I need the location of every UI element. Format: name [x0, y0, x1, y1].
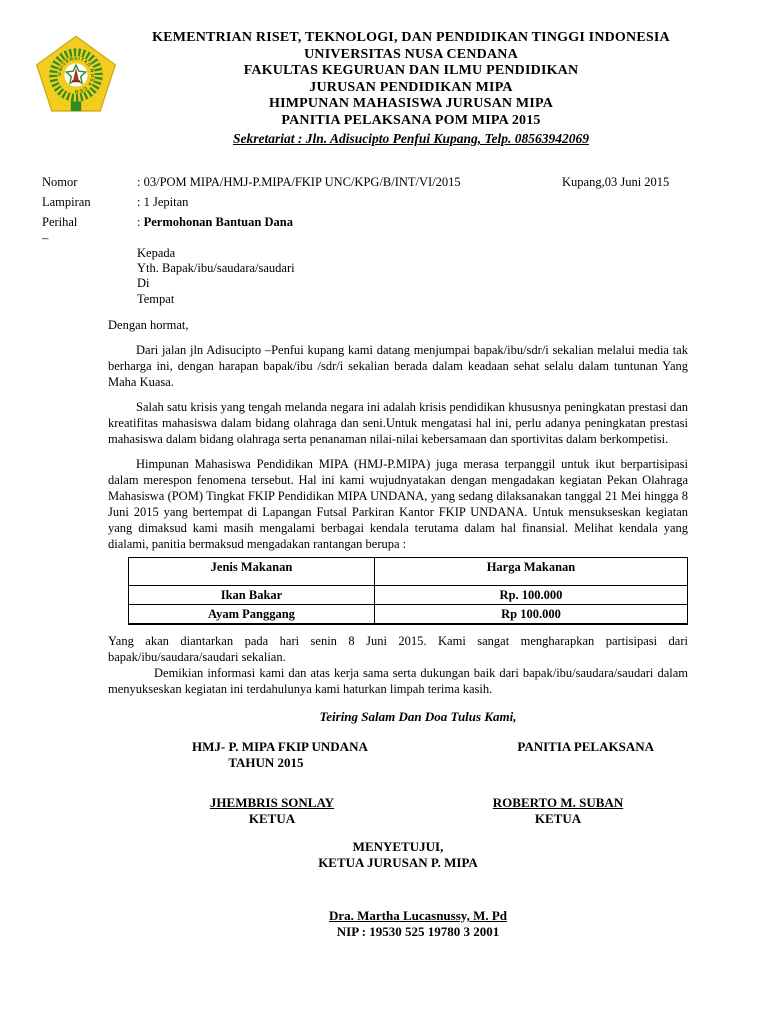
letterhead-line-faculty: FAKULTAS KEGURUAN DAN ILMU PENDIDIKAN — [100, 63, 722, 80]
col-header-harga: Harga Makanan — [374, 557, 687, 585]
meta-row-perihal: Perihal : Permohonan Bantuan Dana — [42, 212, 688, 232]
letter-body: Dengan hormat, Dari jalan jln Adisucipto… — [108, 317, 688, 697]
meta-row-nomor: Nomor : 03/POM MIPA/HMJ-P.MIPA/FKIP UNC/… — [42, 172, 688, 192]
recipient-tempat: Tempat — [137, 292, 688, 307]
left-organization: HMJ- P. MIPA FKIP UNDANA TAHUN 2015 — [192, 739, 368, 771]
lampiran-label: Lampiran — [42, 192, 137, 212]
table-row: Ikan Bakar Rp. 100.000 — [129, 585, 688, 604]
lampiran-value: : 1 Jepitan — [137, 192, 688, 212]
letterhead-line-ministry: KEMENTRIAN RISET, TEKNOLOGI, DAN PENDIDI… — [100, 30, 722, 47]
university-emblem-icon: UNIVERSITAS NUSA CENDANA — [33, 34, 119, 128]
recipient-block: Kepada Yth. Bapak/ibu/saudara/saudari Di… — [137, 246, 688, 307]
cell-jenis-2: Ayam Panggang — [129, 604, 375, 624]
letterhead-line-association: HIMPUNAN MAHASISWA JURUSAN MIPA — [100, 96, 722, 113]
letter-page: { "letterhead": { "lines": [ "KEMENTRIAN… — [0, 0, 768, 1024]
recipient-kepada: Kepada — [137, 246, 688, 261]
letterhead-line-department: JURUSAN PENDIDIKAN MIPA — [100, 80, 722, 97]
paragraph-1: Dari jalan jln Adisucipto –Penfui kupang… — [108, 342, 688, 390]
paragraph-3: Himpunan Mahasiswa Pendidikan MIPA (HMJ-… — [108, 456, 688, 552]
right-signatory: ROBERTO M. SUBAN KETUA — [438, 795, 678, 827]
letter-meta: Nomor : 03/POM MIPA/HMJ-P.MIPA/FKIP UNC/… — [42, 172, 688, 307]
right-signatory-title: KETUA — [438, 811, 678, 827]
signature-names: JHEMBRIS SONLAY KETUA ROBERTO M. SUBAN K… — [108, 795, 688, 827]
perihal-subject: Permohonan Bantuan Dana — [144, 215, 293, 229]
recipient-di: Di — [137, 276, 688, 291]
cell-harga-2: Rp 100.000 — [374, 604, 687, 624]
left-signatory-name: JHEMBRIS SONLAY — [152, 795, 392, 811]
letter-date: Kupang,03 Juni 2015 — [562, 172, 688, 192]
closing-tagline: Teiring Salam Dan Doa Tulus Kami, — [148, 709, 688, 725]
paragraph-4: Yang akan diantarkan pada hari senin 8 J… — [108, 633, 688, 665]
approval-block: MENYETUJUI, KETUA JURUSAN P. MIPA — [108, 839, 688, 872]
left-signatory: JHEMBRIS SONLAY KETUA — [152, 795, 392, 827]
cell-jenis-1: Ikan Bakar — [129, 585, 375, 604]
approver-name: Dra. Martha Lucasnussy, M. Pd — [148, 908, 688, 924]
letterhead-title-block: KEMENTRIAN RISET, TEKNOLOGI, DAN PENDIDI… — [100, 30, 722, 129]
right-signatory-name: ROBERTO M. SUBAN — [438, 795, 678, 811]
meta-row-lampiran: Lampiran : 1 Jepitan — [42, 192, 688, 212]
left-org-line1: HMJ- P. MIPA FKIP UNDANA — [192, 739, 368, 755]
letterhead-secretariat: Sekretariat : Jln. Adisucipto Penfui Kup… — [100, 131, 722, 147]
approver-block: Dra. Martha Lucasnussy, M. Pd NIP : 1953… — [148, 908, 688, 940]
signature-organizations: HMJ- P. MIPA FKIP UNDANA TAHUN 2015 PANI… — [108, 739, 688, 771]
cell-harga-1: Rp. 100.000 — [374, 585, 687, 604]
approval-line2: KETUA JURUSAN P. MIPA — [108, 855, 688, 872]
recipient-yth: Yth. Bapak/ibu/saudara/saudari — [137, 261, 688, 276]
letterhead-line-university: UNIVERSITAS NUSA CENDANA — [100, 47, 722, 64]
table-header-row: Jenis Makanan Harga Makanan — [129, 557, 688, 585]
right-organization: PANITIA PELAKSANA — [517, 739, 654, 771]
nomor-value: : 03/POM MIPA/HMJ-P.MIPA/FKIP UNC/KPG/B/… — [137, 172, 562, 192]
perihal-dash: – — [42, 232, 688, 244]
approver-nip: NIP : 19530 525 19780 3 2001 — [148, 924, 688, 940]
salutation: Dengan hormat, — [108, 317, 688, 333]
approval-line1: MENYETUJUI, — [108, 839, 688, 856]
perihal-label: Perihal — [42, 212, 137, 232]
letterhead: UNIVERSITAS NUSA CENDANA KEMENTRIAN RISE… — [0, 0, 768, 148]
paragraph-5: Demikian informasi kami dan atas kerja s… — [108, 665, 688, 697]
left-org-line2: TAHUN 2015 — [164, 755, 368, 771]
perihal-value: : Permohonan Bantuan Dana — [137, 212, 688, 232]
letterhead-line-committee: PANITIA PELAKSANA POM MIPA 2015 — [100, 113, 722, 130]
table-row: Ayam Panggang Rp 100.000 — [129, 604, 688, 624]
col-header-jenis: Jenis Makanan — [129, 557, 375, 585]
menu-table: Jenis Makanan Harga Makanan Ikan Bakar R… — [128, 557, 688, 625]
left-signatory-title: KETUA — [152, 811, 392, 827]
paragraph-2: Salah satu krisis yang tengah melanda ne… — [108, 399, 688, 447]
nomor-label: Nomor — [42, 172, 137, 192]
